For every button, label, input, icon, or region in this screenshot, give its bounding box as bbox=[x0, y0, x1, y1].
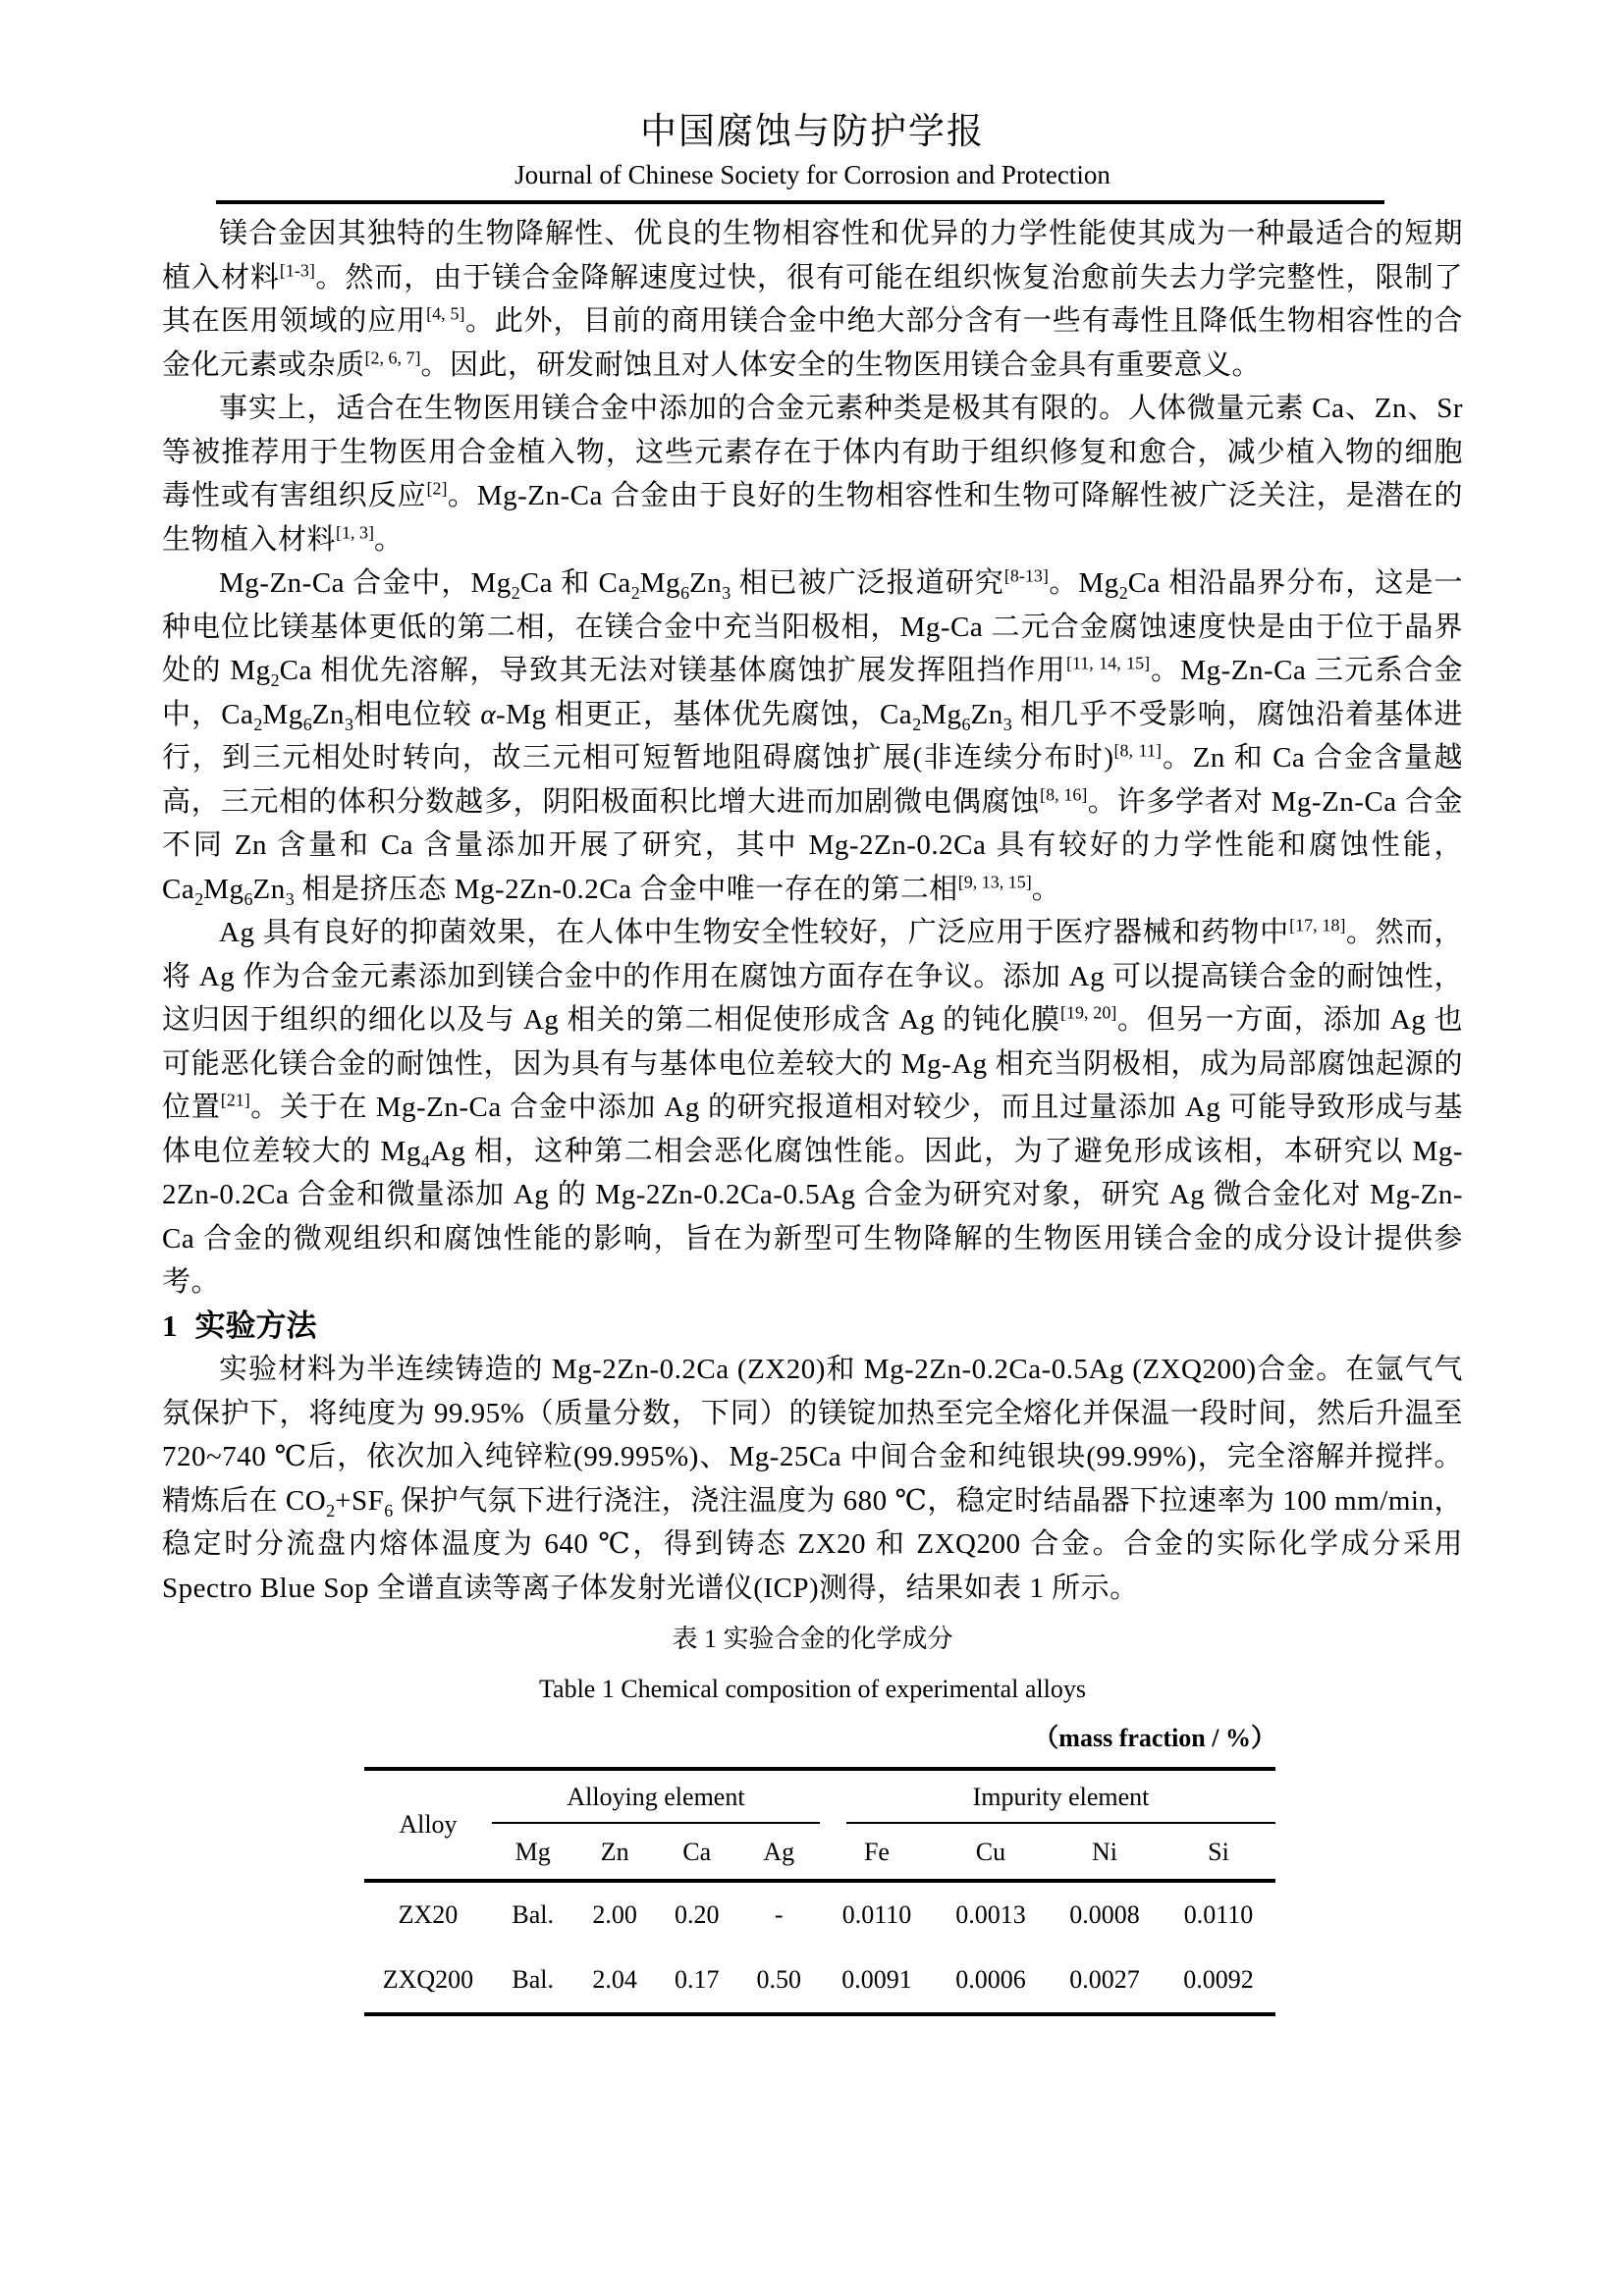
column-header-ca: Ca bbox=[656, 1826, 738, 1881]
group-header-alloying-element: Alloying element bbox=[492, 1769, 820, 1826]
table-cell: 0.0027 bbox=[1048, 1948, 1162, 2014]
table-cell: Bal. bbox=[492, 1881, 574, 1948]
intro-paragraph-2: 事实上，适合在生物医用镁合金中添加的合金元素种类是极其有限的。人体微量元素 Ca… bbox=[162, 387, 1463, 561]
table-cell: 0.50 bbox=[737, 1948, 820, 2014]
article-body: 镁合金因其独特的生物降解性、优良的生物相容性和优异的力学性能使其成为一种最适合的… bbox=[162, 212, 1463, 2016]
column-header-si: Si bbox=[1162, 1826, 1275, 1881]
column-header-alloy: Alloy bbox=[364, 1769, 492, 1881]
table-1-caption-en: Table 1 Chemical composition of experime… bbox=[162, 1674, 1463, 1704]
table-cell: 0.0006 bbox=[934, 1948, 1048, 2014]
intro-paragraph-3: Mg-Zn-Ca 合金中，Mg2Ca 和 Ca2Mg6Zn3 相已被广泛报道研究… bbox=[162, 561, 1463, 911]
journal-page: 中国腐蚀与防护学报 Journal of Chinese Society for… bbox=[0, 0, 1624, 2296]
table-1-chemical-composition: Alloy Alloying element Impurity element … bbox=[364, 1767, 1275, 2016]
column-header-ni: Ni bbox=[1048, 1826, 1162, 1881]
section-1-paragraph-1: 实验材料为半连续铸造的 Mg-2Zn-0.2Ca (ZX20)和 Mg-2Zn-… bbox=[162, 1348, 1463, 1610]
table-1-caption-zh: 表 1 实验合金的化学成分 bbox=[162, 1624, 1463, 1654]
alloy-name-cell: ZX20 bbox=[364, 1881, 492, 1948]
table-row-zxq200: ZXQ200 Bal. 2.04 0.17 0.50 0.0091 0.0006… bbox=[364, 1948, 1275, 2014]
table-cell: 0.0091 bbox=[820, 1948, 934, 2014]
table-header-sub-row: Mg Zn Ca Ag Fe Cu Ni Si bbox=[364, 1826, 1275, 1881]
alloy-name-cell: ZXQ200 bbox=[364, 1948, 492, 2014]
table-cell: 2.04 bbox=[573, 1948, 656, 2014]
table-cell: 0.0013 bbox=[934, 1881, 1048, 1948]
intro-paragraph-4: Ag 具有良好的抑菌效果，在人体中生物安全性较好，广泛应用于医疗器械和药物中[1… bbox=[162, 911, 1463, 1305]
header-divider-rule bbox=[216, 200, 1384, 204]
column-header-ag: Ag bbox=[737, 1826, 820, 1881]
table-cell: 0.0008 bbox=[1048, 1881, 1162, 1948]
column-header-fe: Fe bbox=[820, 1826, 934, 1881]
column-header-cu: Cu bbox=[934, 1826, 1048, 1881]
journal-header: 中国腐蚀与防护学报 Journal of Chinese Society for… bbox=[162, 110, 1463, 204]
section-1-heading: 1实验方法 bbox=[162, 1305, 1463, 1349]
table-cell: 0.0110 bbox=[1162, 1881, 1275, 1948]
column-header-zn: Zn bbox=[573, 1826, 656, 1881]
group-header-impurity-element: Impurity element bbox=[820, 1769, 1275, 1826]
table-cell: 0.20 bbox=[656, 1881, 738, 1948]
intro-paragraph-1: 镁合金因其独特的生物降解性、优良的生物相容性和优异的力学性能使其成为一种最适合的… bbox=[162, 212, 1463, 387]
table-1-unit-note: （mass fraction / %） bbox=[162, 1723, 1276, 1753]
table-cell: 2.00 bbox=[573, 1881, 656, 1948]
table-cell: 0.0092 bbox=[1162, 1948, 1275, 2014]
table-row-zx20: ZX20 Bal. 2.00 0.20 - 0.0110 0.0013 0.00… bbox=[364, 1881, 1275, 1948]
table-cell: Bal. bbox=[492, 1948, 574, 2014]
table-cell: - bbox=[737, 1881, 820, 1948]
table-cell: 0.17 bbox=[656, 1948, 738, 2014]
table-cell: 0.0110 bbox=[820, 1881, 934, 1948]
table-header-group-row: Alloy Alloying element Impurity element bbox=[364, 1769, 1275, 1826]
journal-title-en: Journal of Chinese Society for Corrosion… bbox=[162, 160, 1463, 190]
section-1-number: 1 bbox=[162, 1308, 178, 1343]
column-header-mg: Mg bbox=[492, 1826, 574, 1881]
journal-title-zh: 中国腐蚀与防护学报 bbox=[162, 110, 1463, 155]
section-1-title: 实验方法 bbox=[195, 1308, 317, 1343]
